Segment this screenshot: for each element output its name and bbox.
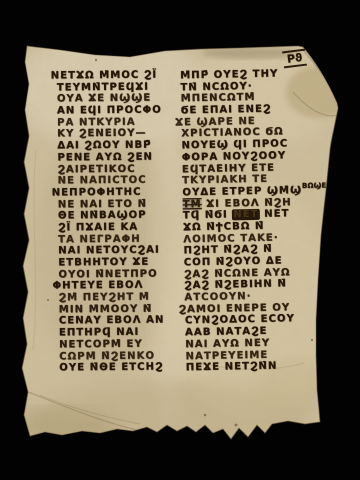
text-line: CΕΝΑΥ ΕΒΟΛ ΑΝ bbox=[53, 315, 165, 328]
text-line: ΡΕΝΕ ΑΥΩ ϨΕΝ bbox=[51, 151, 163, 164]
text-segment-struck: ΤΜ̄ bbox=[183, 199, 202, 210]
text-segment: ϪΙ ΕΒΟΛ Ν̄ϨΗ bbox=[202, 197, 292, 210]
text-line: ΕΤΒΗΗΤΟΥ ϪΕ bbox=[52, 257, 164, 270]
text-line: ΝΑΙ ΝΕΤΟΥCϨΑΙ bbox=[52, 245, 164, 258]
text-segment: ΤϤ̄ Ν̄ϬΙ bbox=[183, 210, 233, 222]
text-line: ΟΥΑ ϪΕ ΝϢϢΕ bbox=[51, 93, 163, 106]
text-line: ΝΕΠΡΟΦΗΤΗC bbox=[52, 186, 164, 199]
text-line: ϨΜ̄ ΠΕΥϨΗΤ Μ̄ bbox=[53, 292, 165, 305]
text-line: ΘΕ ΝΝ̄ΒΑϢΟΡ bbox=[52, 210, 164, 223]
text-line: ΝΕ ΝΑΙ ΕΤΟ Ν̄ bbox=[52, 198, 164, 211]
text-line: ΝΕΤCΟΡΜ̄ ΕΥ bbox=[53, 338, 165, 351]
text-line: ΚΥ ϨΕΝΕΙΟΥ— bbox=[51, 128, 163, 141]
text-line: ΦΗΤΕΥΕ ΕΒΟΛ bbox=[53, 280, 165, 293]
text-line: ΜΙΝ Μ̄ΜΟΟΥ Ν̄ bbox=[53, 303, 165, 316]
text-line: ΔΑΙ ϨΩΟΥ ΝΒΡ̄ bbox=[51, 140, 163, 153]
text-column-left: ΝΕΤϪΩ Μ̄ΜΟC ϨΪΤΕΥΜΝ̄ΤΡΕϤϪΙΟΥΑ ϪΕ ΝϢϢΕΑΝ … bbox=[51, 70, 165, 375]
text-line: ΟΥΟΙ Ν̄ΝΕΤΠΡΟ bbox=[52, 268, 164, 281]
text-line: ΑΝ ΕϤΙ ΠΡΟCΦΟ bbox=[51, 105, 163, 118]
text-line: ϨΪ ΠϪΑΙΕ ΚΑ bbox=[52, 221, 164, 234]
folio-number: Ρϑ bbox=[282, 49, 307, 69]
text-line: ΟΥΕ Ν̄ΘΕ ΕΤCΗϨ bbox=[53, 362, 165, 375]
text-line: ΕΠΤΗΡϤ̄ ΝΑΙ bbox=[53, 327, 165, 340]
text-segment-blot: ΝΕΤ bbox=[232, 209, 260, 221]
text-line: ΝΕ ΝΑΠΙCΤΟC bbox=[52, 175, 164, 188]
text-segment-sup: ΒΩϢΕ bbox=[302, 181, 327, 189]
manuscript-photo: Ρϑ ΝΕΤϪΩ Μ̄ΜΟC ϨΪΤΕΥΜΝ̄ΤΡΕϤϪΙΟΥΑ ϪΕ ΝϢϢΕ… bbox=[0, 0, 360, 480]
text-line: ΤΑ ΝΕΓΡΑΦΗ bbox=[52, 233, 164, 246]
text-line: CΩΡΜ̄ Ν̄ϨΕΝΚΟ bbox=[53, 350, 165, 363]
text-segment: ΝΕΤ bbox=[260, 209, 290, 221]
text-column-right: Μ̄ΠΡ̄ ΟΥΕϨ ΤΗΥΤΝ̄ ΝCΩΟΥ·Μ̄ΠΕΝCΩΤΜ̄ϬΕ ΕΠΑ… bbox=[174, 68, 330, 375]
text-line: ΝΕΤϪΩ Μ̄ΜΟC ϨΪ bbox=[51, 70, 163, 83]
